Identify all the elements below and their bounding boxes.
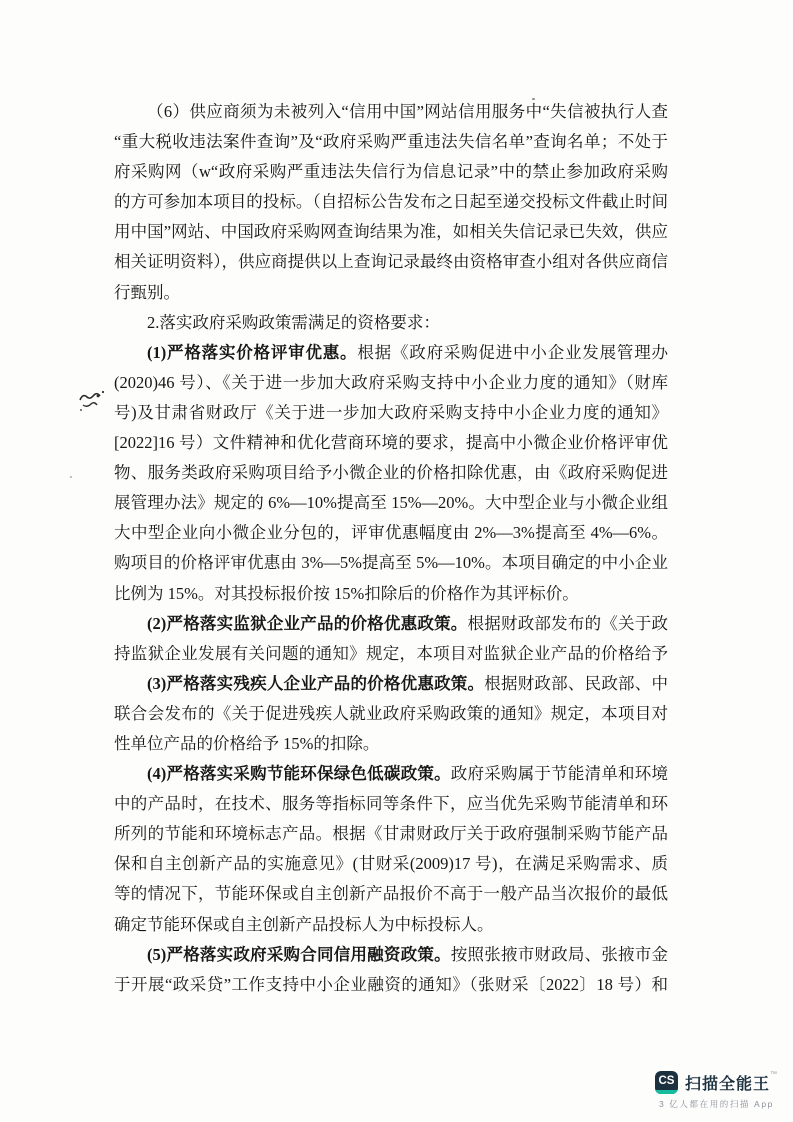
camscanner-watermark: CS 扫描全能王™ 3 亿人都在用的扫描 App: [655, 1071, 778, 1110]
text-line: 相关证明资料），供应商提供以上查询记录最终由资格审查小组对各供应商信用记录进: [114, 247, 668, 277]
text-line: 持监狱企业发展有关问题的通知》规定，本项目对监狱企业产品的价格给予 15%的扣除…: [114, 639, 668, 669]
scan-speck: [532, 98, 535, 100]
text-line: （6）供应商须为未被列入“信用中国”网站信用服务中“失信被执行人查询”及: [114, 97, 668, 127]
text-line: 展管理办法》规定的 6%—10%提高至 15%—20%。大中型企业与小微企业组成…: [114, 488, 668, 518]
text-line: (4)严格落实采购节能环保绿色低碳政策。政府采购属于节能清单和环境标志清单: [114, 759, 668, 789]
text-segment: 相关证明资料），供应商提供以上查询记录最终由资格审查小组对各供应商信用记录进: [114, 252, 668, 277]
text-line: 府采购网（w“政府采购严重违法失信行为信息记录”中的禁止参加政府采购活动期间: [114, 157, 668, 187]
text-segment: 行甄别。: [114, 283, 180, 302]
ink-smudge-mark: [76, 388, 116, 414]
text-line: 联合会发布的《关于促进残疾人就业政府采购政策的通知》规定，本项目对残疾人福利: [114, 699, 668, 729]
text-line: 2.落实政府采购政策需满足的资格要求：: [114, 308, 668, 338]
text-segment: 府采购网（w“政府采购严重违法失信行为信息记录”中的禁止参加政府采购活动期间: [114, 162, 668, 187]
text-segment: 号)及甘肃省财政厅《关于进一步加大政府采购支持中小企业力度的通知》（甘财采: [114, 403, 668, 428]
text-segment: 性单位产品的价格给予 15%的扣除。: [114, 734, 379, 753]
text-line: (1)严格落实价格评审优惠。根据《政府采购促进中小企业发展管理办法》（财库: [114, 338, 668, 368]
text-line: 确定节能环保或自主创新产品投标人为中标投标人。: [114, 910, 668, 940]
text-line: 大中型企业向小微企业分包的，评审优惠幅度由 2%—3%提高至 4%—6%。工程类…: [114, 518, 668, 548]
text-segment: 中的产品时，在技术、服务等指标同等条件下，应当优先采购节能清单和环境标志清单: [114, 794, 668, 819]
text-segment: [2022]16 号）文件精神和优化营商环境的要求，提高中小微企业价格评审优惠幅…: [114, 433, 668, 458]
text-segment: 比例为 15%。对其投标报价按 15%扣除后的价格作为其评标价。: [114, 584, 579, 603]
text-line: 购项目的价格评审优惠由 3%—5%提高至 5%—10%。本项目确定的中小企业价格…: [114, 548, 668, 578]
text-segment: 大中型企业向小微企业分包的，评审优惠幅度由 2%—3%提高至 4%—6%。工程类…: [114, 523, 668, 548]
text-segment: 保和自主创新产品的实施意见》(甘财采(2009)17 号)，在满足采购需求、质量…: [114, 854, 668, 879]
text-line: (5)严格落实政府采购合同信用融资政策。按照张掖市财政局、张掖市金融办《关: [114, 940, 668, 970]
text-line: [2022]16 号）文件精神和优化营商环境的要求，提高中小微企业价格评审优惠幅…: [114, 428, 668, 458]
text-segment: 确定节能环保或自主创新产品投标人为中标投标人。: [114, 915, 494, 934]
text-line: 等的情况下，节能环保或自主创新产品报价不高于一般产品当次报价的最低报价 15%的…: [114, 879, 668, 909]
document-text: （6）供应商须为未被列入“信用中国”网站信用服务中“失信被执行人查询”及“重大税…: [114, 97, 668, 1000]
text-segment: 用中国”网站、中国政府采购网查询结果为准，如相关失信记录已失效，供应商需提供: [114, 222, 668, 247]
camscanner-logo-row: CS 扫描全能王™: [655, 1071, 778, 1094]
text-line: “重大税收违法案件查询”及“政府采购严重违法失信名单”查询名单；不处于中国政: [114, 127, 668, 157]
text-segment: 所列的节能和环境标志产品。根据《甘肃财政厅关于政府强制采购节能产品优先采购环: [114, 824, 668, 849]
text-segment: 持监狱企业发展有关问题的通知》规定，本项目对监狱企业产品的价格给予 15%的扣除…: [114, 644, 668, 669]
text-segment-bold: (5)严格落实政府采购合同信用融资政策。: [147, 945, 451, 964]
text-segment-bold: (4)严格落实采购节能环保绿色低碳政策。: [147, 764, 451, 783]
text-line: 保和自主创新产品的实施意见》(甘财采(2009)17 号)，在满足采购需求、质量…: [114, 849, 668, 879]
trademark-symbol: ™: [770, 1071, 778, 1078]
text-segment: (2020)46 号）、《关于进一步加大政府采购支持中小企业力度的通知》（财库(…: [114, 373, 668, 398]
text-line: (3)严格落实残疾人企业产品的价格优惠政策。根据财政部、民政部、中国残疾人: [114, 669, 668, 699]
text-line: 比例为 15%。对其投标报价按 15%扣除后的价格作为其评标价。: [114, 579, 668, 609]
text-line: 的方可参加本项目的投标。（自招标公告发布之日起至递交投标文件截止时间前在“信: [114, 187, 668, 217]
text-segment: 联合会发布的《关于促进残疾人就业政府采购政策的通知》规定，本项目对残疾人福利: [114, 704, 668, 729]
camscanner-title: 扫描全能王™: [685, 1071, 778, 1094]
text-segment: 的方可参加本项目的投标。（自招标公告发布之日起至递交投标文件截止时间前在“信: [114, 192, 668, 217]
camscanner-subtitle: 3 亿人都在用的扫描 App: [655, 1098, 778, 1110]
text-line: (2020)46 号）、《关于进一步加大政府采购支持中小企业力度的通知》（财库(…: [114, 368, 668, 398]
text-line: 用中国”网站、中国政府采购网查询结果为准，如相关失信记录已失效，供应商需提供: [114, 217, 668, 247]
camscanner-badge-accent-bar: [655, 1090, 678, 1094]
text-line: 行甄别。: [114, 278, 668, 308]
text-segment: 等的情况下，节能环保或自主创新产品报价不高于一般产品当次报价的最低报价 15%的…: [114, 884, 668, 909]
text-segment: 展管理办法》规定的 6%—10%提高至 15%—20%。大中型企业与小微企业组成…: [114, 493, 668, 518]
text-segment-bold: (1)严格落实价格评审优惠。: [147, 343, 357, 362]
text-segment: （6）供应商须为未被列入“信用中国”网站信用服务中“失信被执行人查询”及: [147, 102, 668, 127]
text-segment: 购项目的价格评审优惠由 3%—5%提高至 5%—10%。本项目确定的中小企业价格…: [114, 553, 668, 578]
text-line: 于开展“政采贷”工作支持中小企业融资的通知》（张财采〔2022〕18 号）和《关…: [114, 970, 668, 1000]
text-line: 物、服务类政府采购项目给予小微企业的价格扣除优惠，由《政府采购促进中小企业发: [114, 458, 668, 488]
text-segment: 2.落实政府采购政策需满足的资格要求：: [147, 313, 440, 332]
text-segment: “重大税收违法案件查询”及“政府采购严重违法失信名单”查询名单；不处于中国政: [114, 132, 668, 157]
text-segment: 于开展“政采贷”工作支持中小企业融资的通知》（张财采〔2022〕18 号）和《关…: [114, 975, 668, 1000]
text-line: (2)严格落实监狱企业产品的价格优惠政策。根据财政部发布的《关于政府采购支: [114, 609, 668, 639]
scan-speck: [70, 476, 72, 478]
camscanner-title-text: 扫描全能王: [685, 1076, 770, 1093]
camscanner-badge-text: CS: [658, 1075, 674, 1087]
text-segment-bold: (3)严格落实残疾人企业产品的价格优惠政策。: [147, 674, 484, 693]
text-line: 所列的节能和环境标志产品。根据《甘肃财政厅关于政府强制采购节能产品优先采购环: [114, 819, 668, 849]
text-line: 性单位产品的价格给予 15%的扣除。: [114, 729, 668, 759]
text-segment: 物、服务类政府采购项目给予小微企业的价格扣除优惠，由《政府采购促进中小企业发: [114, 463, 668, 488]
scanned-document-page: （6）供应商须为未被列入“信用中国”网站信用服务中“失信被执行人查询”及“重大税…: [0, 0, 793, 1122]
text-segment-bold: (2)严格落实监狱企业产品的价格优惠政策。: [147, 614, 468, 633]
text-line: 中的产品时，在技术、服务等指标同等条件下，应当优先采购节能清单和环境标志清单: [114, 789, 668, 819]
text-line: 号)及甘肃省财政厅《关于进一步加大政府采购支持中小企业力度的通知》（甘财采: [114, 398, 668, 428]
camscanner-logo-icon: CS: [655, 1071, 678, 1094]
